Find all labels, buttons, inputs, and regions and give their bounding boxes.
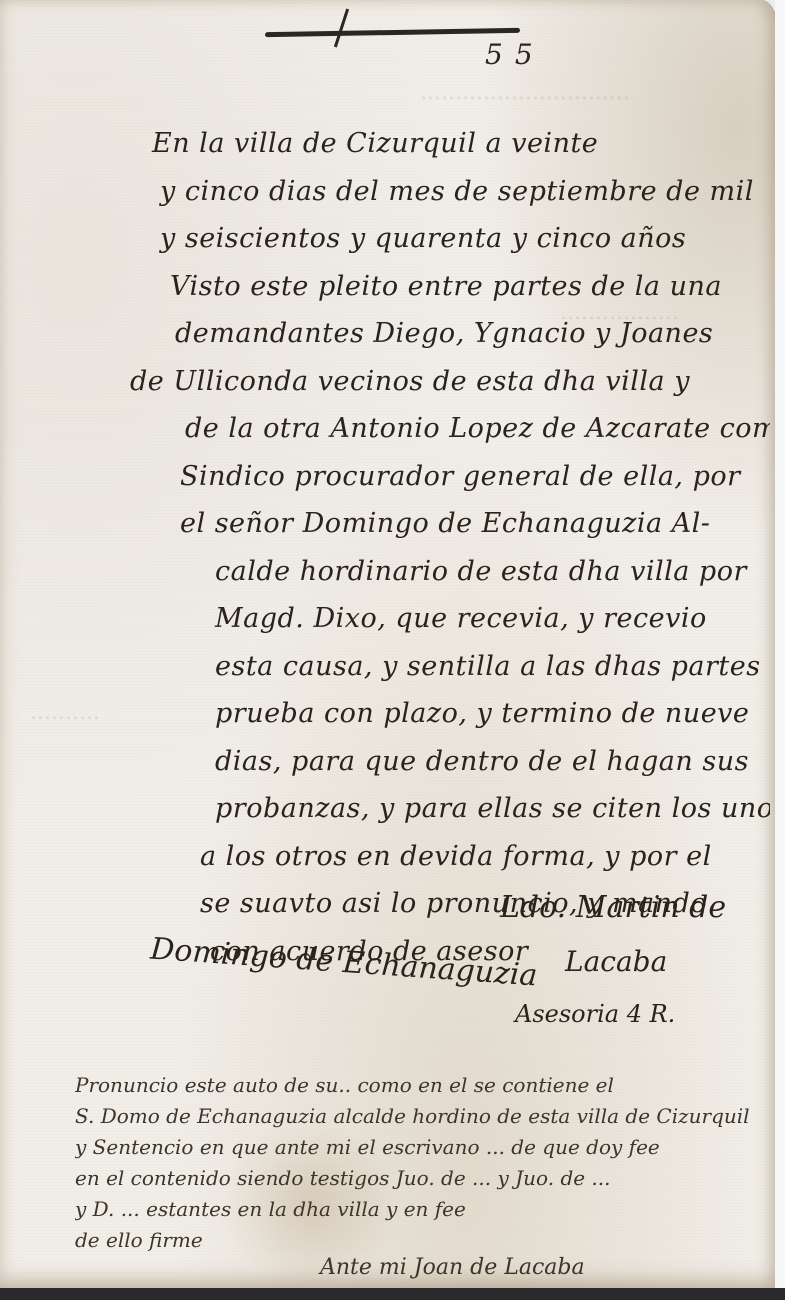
text-line: Visto este pleito entre partes de la una — [130, 263, 770, 311]
asesor-fee-note: Asesoria 4 R. — [515, 1000, 675, 1028]
text-line: calde hordinario de esta dha villa por — [130, 548, 770, 596]
signature-notary: Ante mi Joan de Lacaba — [320, 1255, 585, 1280]
notary-line: en el contenido siendo testigos Juo. de … — [75, 1163, 775, 1194]
notary-line: de ello firme — [75, 1225, 775, 1256]
folio-number: 55 — [485, 38, 545, 71]
text-line: de Ulliconda vecinos de esta dha villa y — [130, 358, 770, 406]
scan-background-right — [775, 0, 785, 1300]
text-line: esta causa, y sentilla a las dhas partes — [130, 643, 770, 691]
text-line: demandantes Diego, Ygnacio y Joanes — [130, 310, 770, 358]
notary-line: S. Domo de Echanaguzia alcalde hordino d… — [75, 1101, 775, 1132]
text-line: probanzas, y para ellas se citen los uno… — [130, 785, 770, 833]
folio-flourish — [265, 28, 520, 37]
folio-flourish-tick — [334, 9, 349, 48]
ink-bleed-through: .............................. — [420, 80, 630, 105]
text-line: Magd. Dixo, que recevia, y recevio — [130, 595, 770, 643]
text-line: prueba con plazo, y termino de nueve — [130, 690, 770, 738]
notary-line: y D. ... estantes en la dha villa y en f… — [75, 1194, 775, 1225]
text-line: dias, para que dentro de el hagan sus — [130, 738, 770, 786]
scan-background-bottom — [0, 1288, 785, 1300]
text-line: y cinco dias del mes de septiembre de mi… — [130, 168, 770, 216]
signature-licenciado-surname: Lacaba — [565, 945, 667, 978]
text-line: a los otros en devida forma, y por el — [130, 833, 770, 881]
signature-licenciado: Ldo. Martin de — [500, 890, 726, 925]
manuscript-page: .............................. .........… — [0, 0, 780, 1291]
notary-line: y Sentencio en que ante mi el escrivano … — [75, 1132, 775, 1163]
text-line: y seiscientos y quarenta y cinco años — [130, 215, 770, 263]
notary-note: Pronuncio este auto de su.. como en el s… — [75, 1070, 775, 1256]
text-line: de la otra Antonio Lopez de Azcarate com… — [130, 405, 770, 453]
auto-body: En la villa de Cizurquil a veinte y cinc… — [130, 120, 770, 975]
notary-line: Pronuncio este auto de su.. como en el s… — [75, 1070, 775, 1101]
text-line: Sindico procurador general de ella, por — [130, 453, 770, 501]
ink-bleed-through: .......... — [30, 700, 100, 725]
text-line: el señor Domingo de Echanaguzia Al- — [130, 500, 770, 548]
text-line: En la villa de Cizurquil a veinte — [130, 120, 770, 168]
